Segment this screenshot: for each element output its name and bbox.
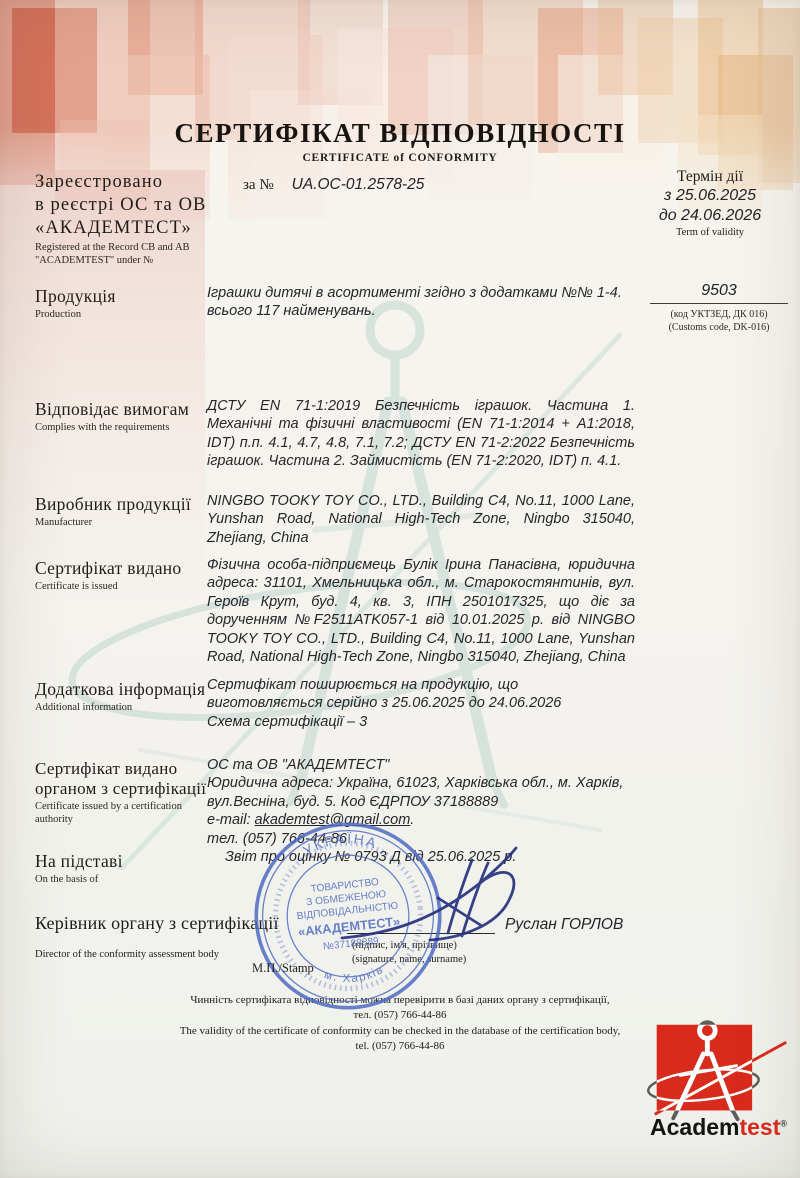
customs-note-en: (Customs code, DK-016) [648,321,790,334]
production-label-en: Production [35,309,210,322]
certificate-number: UA.OC-01.2578-25 [292,176,425,193]
certificate-title: СЕРТИФІКАТ ВІДПОВІДНОСТІ [100,118,700,149]
production-label: Продукція [35,286,210,307]
validity-label-en: Term of validity [628,227,792,238]
additional-info-text: Сертифікат поширюється на продукцію, що … [207,676,647,731]
basis-label-en: On the basis of [35,874,215,887]
basis-label: На підставі [35,851,215,872]
production-text: Іграшки дитячі в асортименті згідно з до… [207,284,635,321]
signature-ink [330,838,535,968]
requirements-label: Відповідає вимогам [35,399,215,420]
email-prefix: e-mail: [207,812,255,828]
validity-to: до 24.06.2026 [628,206,792,226]
brand-red: test [739,1114,780,1140]
requirements-label-en: Complies with the requirements [35,422,215,435]
issued-to-label-en: Certificate is issued [35,581,220,594]
issued-to-label: Сертифікат видано [35,558,220,579]
manufacturer-label-en: Manufacturer [35,517,215,530]
registered-label-en: Registered at the Record CB and AB "ACAD… [35,242,225,268]
authority-lines: ОС та ОВ "АКАДЕМТЕСТ" Юридична адреса: У… [207,756,647,811]
manufacturer-text: NINGBO TOOKY TOY CO., LTD., Building C4,… [207,492,635,547]
validity-from: з 25.06.2025 [628,186,792,206]
certificate-number-prefix: за № [243,177,274,193]
validity-label: Термін дії [628,168,792,186]
brand-black: Academ [650,1114,739,1140]
customs-note-uk: (код УКТЗЕД, ДК 016) [648,308,790,321]
certificate-subtitle: CERTIFICATE of CONFORMITY [100,152,700,164]
academtest-wordmark: Academtest® [650,1114,787,1141]
additional-info-label-en: Additional information [35,702,225,715]
director-label-en: Director of the conformity assessment bo… [35,949,219,960]
director-label: Керівник органу з сертифікації [35,913,279,934]
academtest-logo-icon [645,1015,795,1127]
registered-label: Зареєстровано в реєстрі ОС та ОВ «АКАДЕМ… [35,171,225,240]
customs-code: 9503 [650,282,788,304]
issued-to-text: Фізична особа-підприємець Булік Ірина Па… [207,556,635,666]
certificate-page: СЕРТИФІКАТ ВІДПОВІДНОСТІ CERTIFICATE of … [0,0,800,1178]
registered-trademark-symbol: ® [780,1118,787,1128]
manufacturer-label: Виробник продукції [35,494,215,515]
additional-info-label: Додаткова інформація [35,679,225,700]
requirements-text: ДСТУ EN 71-1:2019 Безпечність іграшок. Ч… [207,397,635,471]
stamp-place-label: М.П./Stamp [252,961,314,976]
